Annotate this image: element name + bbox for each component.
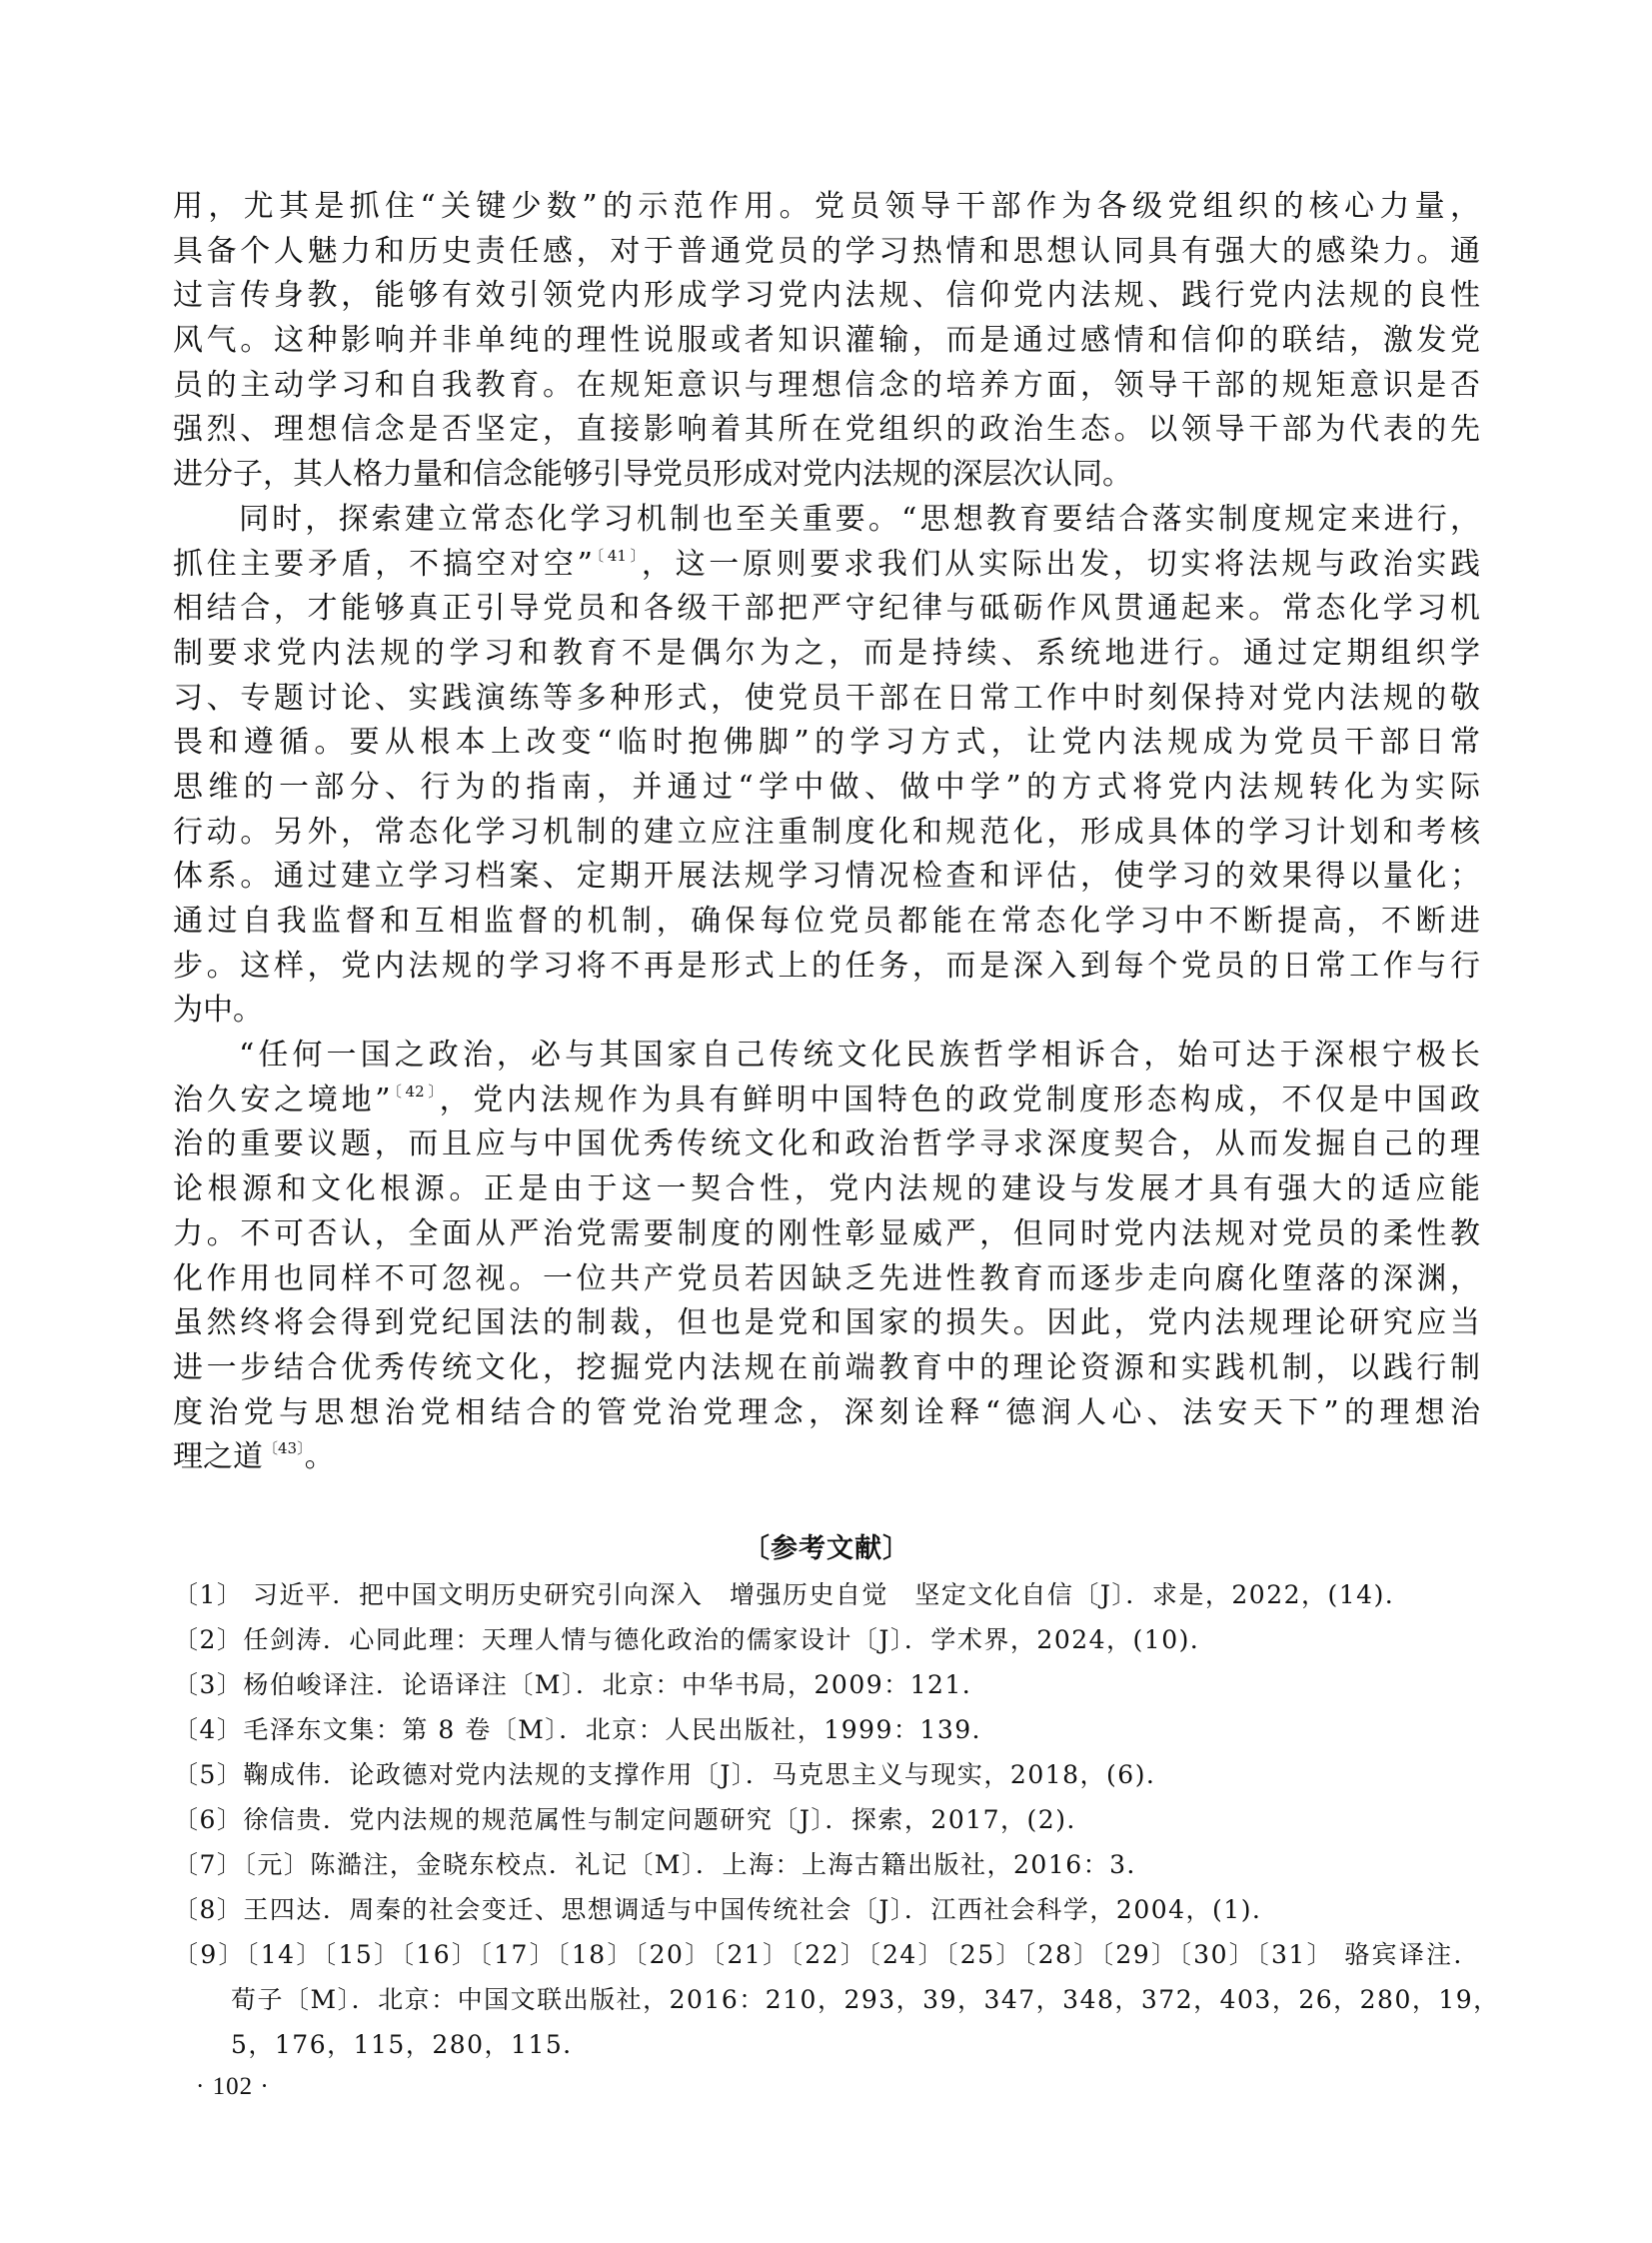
reference-item-4: 〔4〕毛泽东文集：第 8 卷〔M〕．北京：人民出版社，1999：139．: [173, 1707, 1480, 1752]
text-line: 论根源和文化根源。正是由于这一契合性，党内法规的建设与发展才具有强大的适应能: [173, 1167, 1480, 1212]
text-segment: ，这一原则要求我们从实际出发，切实将法规与政治实践: [642, 547, 1480, 582]
text-segment: 理之道: [173, 1439, 263, 1474]
reference-item-5: 〔5〕鞠成伟．论政德对党内法规的支撑作用〔J〕．马克思主义与现实，2018，(6…: [173, 1752, 1480, 1797]
text-line: 治的重要议题，而且应与中国优秀传统文化和政治哲学寻求深度契合，从而发掘自己的理: [173, 1122, 1480, 1167]
paragraph-3: “任何一国之政治，必与其国家自己传统文化民族哲学相诉合，始可达于深根宁极长 治久…: [173, 1034, 1480, 1480]
references-list: 〔1〕 习近平．把中国文明历史研究引向深入 增强历史自觉 坚定文化自信〔J〕．求…: [173, 1572, 1480, 2067]
page-number: · 102 ·: [196, 2069, 270, 2105]
text-line: 进一步结合优秀传统文化，挖掘党内法规在前端教育中的理论资源和实践机制，以践行制: [173, 1346, 1480, 1391]
text-line: 相结合，才能够真正引导党员和各级干部把严守纪律与砥砺作风贯通起来。常态化学习机: [173, 587, 1480, 632]
reference-item-9-continued: 荀子〔M〕．北京：中国文联出版社，2016：210，293，39，347，348…: [173, 1977, 1480, 2022]
text-line-with-citation: 抓住主要矛盾，不搞空对空”〔41〕，这一原则要求我们从实际出发，切实将法规与政治…: [173, 543, 1480, 588]
body-text: 用，尤其是抓住“关键少数”的示范作用。党员领导干部作为各级党组织的核心力量， 具…: [173, 185, 1480, 1480]
journal-page: 用，尤其是抓住“关键少数”的示范作用。党员领导干部作为各级党组织的核心力量， 具…: [0, 0, 1652, 2243]
text-segment: 治久安之境地”: [173, 1083, 391, 1118]
text-line: 进分子，其人格力量和信念能够引导党员形成对党内法规的深层次认同。: [173, 453, 1480, 498]
text-segment: 抓住主要矛盾，不搞空对空”: [173, 547, 593, 582]
reference-item-1: 〔1〕 习近平．把中国文明历史研究引向深入 增强历史自觉 坚定文化自信〔J〕．求…: [173, 1572, 1480, 1617]
text-line: 虽然终将会得到党纪国法的制裁，但也是党和国家的损失。因此，党内法规理论研究应当: [173, 1301, 1480, 1346]
references-heading: 〔参考文献〕: [173, 1527, 1480, 1571]
text-line: 畏和遵循。要从根本上改变“临时抱佛脚”的学习方式，让党内法规成为党员干部日常: [173, 721, 1480, 766]
reference-item-8: 〔8〕王四达．周秦的社会变迁、思想调适与中国传统社会〔J〕．江西社会科学，200…: [173, 1887, 1480, 1932]
text-line-with-citation: 治久安之境地”〔42〕，党内法规作为具有鲜明中国特色的政党制度形态构成，不仅是中…: [173, 1079, 1480, 1123]
text-segment: ，党内法规作为具有鲜明中国特色的政党制度形态构成，不仅是中国政: [440, 1083, 1480, 1118]
paragraph-1: 用，尤其是抓住“关键少数”的示范作用。党员领导干部作为各级党组织的核心力量， 具…: [173, 185, 1480, 498]
text-line: “任何一国之政治，必与其国家自己传统文化民族哲学相诉合，始可达于深根宁极长: [173, 1034, 1480, 1079]
text-line: 强烈、理想信念是否坚定，直接影响着其所在党组织的政治生态。以领导干部为代表的先: [173, 408, 1480, 453]
text-line: 度治党与思想治党相结合的管党治党理念，深刻诠释“德润人心、法安天下”的理想治: [173, 1391, 1480, 1436]
text-line: 化作用也同样不可忽视。一位共产党员若因缺乏先进性教育而逐步走向腐化堕落的深渊，: [173, 1257, 1480, 1302]
text-line: 风气。这种影响并非单纯的理性说服或者知识灌输，而是通过感情和信仰的联结，激发党: [173, 319, 1480, 364]
text-line: 体系。通过建立学习档案、定期开展法规学习情况检查和评估，使学习的效果得以量化；: [173, 855, 1480, 900]
text-line: 思维的一部分、行为的指南，并通过“学中做、做中学”的方式将党内法规转化为实际: [173, 766, 1480, 811]
text-line: 用，尤其是抓住“关键少数”的示范作用。党员领导干部作为各级党组织的核心力量，: [173, 185, 1480, 230]
reference-item-3: 〔3〕杨伯峻译注．论语译注〔M〕．北京：中华书局，2009：121．: [173, 1662, 1480, 1707]
text-line: 力。不可否认，全面从严治党需要制度的刚性彰显威严，但同时党内法规对党员的柔性教: [173, 1212, 1480, 1257]
citation-42: 〔42〕: [391, 1083, 440, 1101]
text-segment: 。: [305, 1439, 335, 1474]
text-line: 习、专题讨论、实践演练等多种形式，使党员干部在日常工作中时刻保持对党内法规的敬: [173, 677, 1480, 722]
text-line: 通过自我监督和互相监督的机制，确保每位党员都能在常态化学习中不断提高，不断进: [173, 900, 1480, 945]
reference-item-6: 〔6〕徐信贵．党内法规的规范属性与制定问题研究〔J〕．探索，2017，(2)．: [173, 1797, 1480, 1842]
text-line: 制要求党内法规的学习和教育不是偶尔为之，而是持续、系统地进行。通过定期组织学: [173, 632, 1480, 677]
text-line: 为中。: [173, 989, 1480, 1034]
paragraph-2: 同时，探索建立常态化学习机制也至关重要。“思想教育要结合落实制度规定来进行， 抓…: [173, 498, 1480, 1034]
reference-item-9-continued: 5，176，115，280，115．: [173, 2022, 1480, 2067]
citation-43: 〔43〕: [263, 1439, 305, 1457]
citation-41: 〔41〕: [593, 547, 642, 565]
text-line: 过言传身教，能够有效引领党内形成学习党内法规、信仰党内法规、践行党内法规的良性: [173, 274, 1480, 319]
reference-item-9: 〔9〕〔14〕〔15〕〔16〕〔17〕〔18〕〔20〕〔21〕〔22〕〔24〕〔…: [173, 1932, 1480, 1977]
text-line: 具备个人魅力和历史责任感，对于普通党员的学习热情和思想认同具有强大的感染力。通: [173, 230, 1480, 275]
text-line: 行动。另外，常态化学习机制的建立应注重制度化和规范化，形成具体的学习计划和考核: [173, 811, 1480, 856]
text-line: 员的主动学习和自我教育。在规矩意识与理想信念的培养方面，领导干部的规矩意识是否: [173, 364, 1480, 409]
text-line: 步。这样，党内法规的学习将不再是形式上的任务，而是深入到每个党员的日常工作与行: [173, 945, 1480, 990]
text-line-with-citation: 理之道〔43〕。: [173, 1435, 1480, 1480]
text-line: 同时，探索建立常态化学习机制也至关重要。“思想教育要结合落实制度规定来进行，: [173, 498, 1480, 543]
reference-item-2: 〔2〕任剑涛．心同此理：天理人情与德化政治的儒家设计〔J〕．学术界，2024，(…: [173, 1617, 1480, 1662]
reference-item-7: 〔7〕〔元〕陈澔注，金晓东校点．礼记〔M〕．上海：上海古籍出版社，2016：3．: [173, 1842, 1480, 1887]
